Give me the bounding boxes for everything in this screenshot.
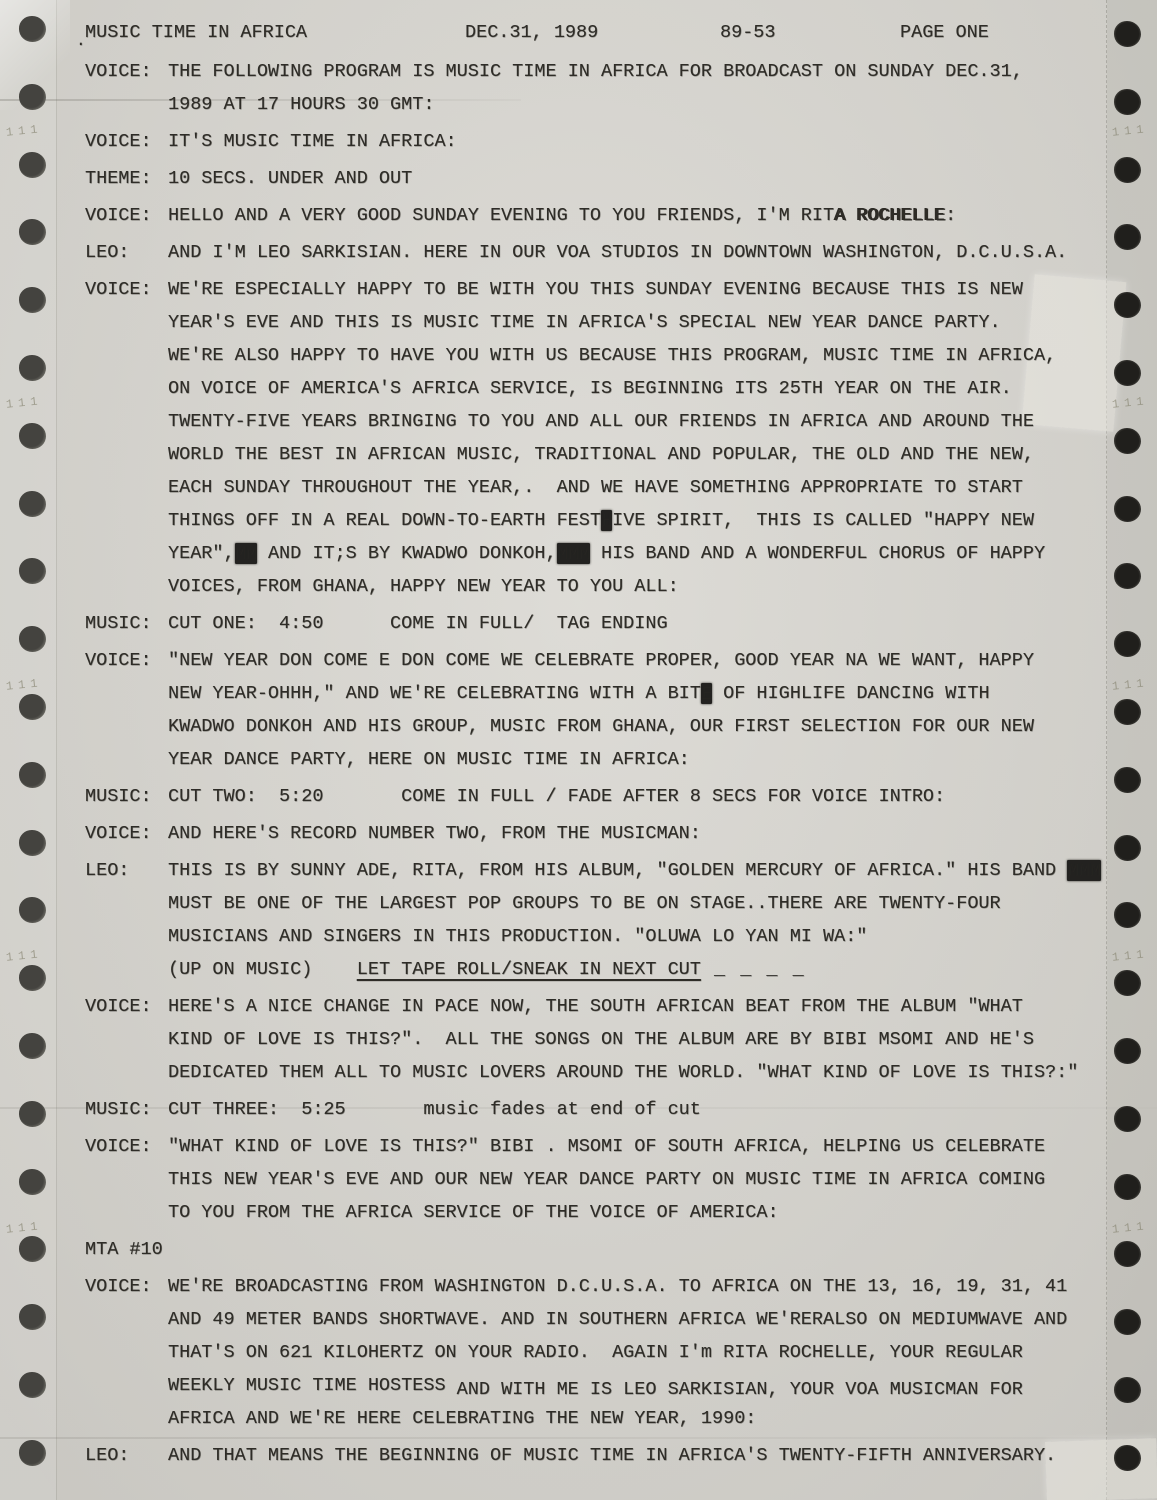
punch-hole <box>1114 1038 1141 1064</box>
punch-hole <box>19 152 46 178</box>
script-line: AND THAT MEANS THE BEGINNING OF MUSIC TI… <box>168 1439 1157 1472</box>
script-line: VOICES, FROM GHANA, HAPPY NEW YEAR TO YO… <box>168 570 1157 603</box>
script-line: WORLD THE BEST IN AFRICAN MUSIC, TRADITI… <box>168 438 1157 471</box>
speaker-label: MTA #10 <box>85 1233 168 1266</box>
script-line: MUST BE ONE OF THE LARGEST POP GROUPS TO… <box>168 887 1157 920</box>
script-entry: VOICE:THE FOLLOWING PROGRAM IS MUSIC TIM… <box>85 55 1157 121</box>
scanned-script-page: . MUSIC TIME IN AFRICA DEC.31, 1989 89-5… <box>0 0 1157 1500</box>
speaker-label: VOICE: <box>85 55 168 121</box>
punch-hole <box>19 1304 46 1330</box>
script-line: HERE'S A NICE CHANGE IN PACE NOW, THE SO… <box>168 990 1157 1023</box>
punch-hole <box>1114 970 1141 996</box>
speaker-label: LEO: <box>85 1439 168 1472</box>
speaker-label: LEO: <box>85 854 168 986</box>
speaker-label: MUSIC: <box>85 1093 168 1126</box>
script-number: 89-53 <box>720 22 776 43</box>
script-body: VOICE:THE FOLLOWING PROGRAM IS MUSIC TIM… <box>0 55 1157 1476</box>
script-line: (UP ON MUSIC) LET TAPE ROLL/SNEAK IN NEX… <box>168 953 1157 986</box>
script-line: CUT THREE: 5:25 music fades at end of cu… <box>168 1093 1157 1126</box>
punch-hole <box>19 423 46 449</box>
punch-hole <box>19 965 46 991</box>
script-line: CUT TWO: 5:20 COME IN FULL / FADE AFTER … <box>168 780 1157 813</box>
punch-hole <box>19 1033 46 1059</box>
script-line: HELLO AND A VERY GOOD SUNDAY EVENING TO … <box>168 199 1157 232</box>
script-line: "NEW YEAR DON COME E DON COME WE CELEBRA… <box>168 644 1157 677</box>
document-title: MUSIC TIME IN AFRICA <box>85 22 307 43</box>
speaker-label: VOICE: <box>85 125 168 158</box>
script-entry: VOICE:HERE'S A NICE CHANGE IN PACE NOW, … <box>85 990 1157 1089</box>
script-line: THAT'S ON 621 KILOHERTZ ON YOUR RADIO. A… <box>168 1336 1157 1369</box>
script-entry: LEO:AND I'M LEO SARKISIAN. HERE IN OUR V… <box>85 236 1157 269</box>
speaker-label: VOICE: <box>85 273 168 603</box>
punch-hole <box>1114 1445 1141 1471</box>
script-line: KWADWO DONKOH AND HIS GROUP, MUSIC FROM … <box>168 710 1157 743</box>
speaker-label: VOICE: <box>85 817 168 850</box>
speaker-label: VOICE: <box>85 644 168 776</box>
speaker-label: VOICE: <box>85 1270 168 1435</box>
punch-hole <box>1114 699 1141 725</box>
punch-hole <box>1114 631 1141 657</box>
script-line: TO YOU FROM THE AFRICA SERVICE OF THE VO… <box>168 1196 1157 1229</box>
script-entry: MUSIC:CUT TWO: 5:20 COME IN FULL / FADE … <box>85 780 1157 813</box>
script-line: THINGS OFF IN A REAL DOWN-TO-EARTH FESTH… <box>168 504 1157 537</box>
script-line <box>168 1233 1157 1266</box>
script-line: AND 49 METER BANDS SHORTWAVE. AND IN SOU… <box>168 1303 1157 1336</box>
punch-hole <box>1114 157 1141 183</box>
punch-hole <box>1114 835 1141 861</box>
script-line: NEW YEAR-OHHH," AND WE'RE CELEBRATING WI… <box>168 677 1157 710</box>
punch-hole <box>19 355 46 381</box>
punch-hole <box>1114 1377 1141 1403</box>
punch-hole <box>1114 1174 1141 1200</box>
script-entry: LEO:AND THAT MEANS THE BEGINNING OF MUSI… <box>85 1439 1157 1472</box>
script-entry: MUSIC:CUT THREE: 5:25 music fades at end… <box>85 1093 1157 1126</box>
script-entry: VOICE:WE'RE ESPECIALLY HAPPY TO BE WITH … <box>85 273 1157 603</box>
speaker-label: THEME: <box>85 162 168 195</box>
script-line: ON VOICE OF AMERICA'S AFRICA SERVICE, IS… <box>168 372 1157 405</box>
script-line: "WHAT KIND OF LOVE IS THIS?" BIBI . MSOM… <box>168 1130 1157 1163</box>
punch-hole <box>1114 767 1141 793</box>
punch-hole <box>19 762 46 788</box>
script-entry: VOICE:HELLO AND A VERY GOOD SUNDAY EVENI… <box>85 199 1157 232</box>
speaker-label: MUSIC: <box>85 780 168 813</box>
page-header: . MUSIC TIME IN AFRICA DEC.31, 1989 89-5… <box>0 22 1157 55</box>
script-entry: MUSIC:CUT ONE: 4:50 COME IN FULL/ TAG EN… <box>85 607 1157 640</box>
script-line: AND I'M LEO SARKISIAN. HERE IN OUR VOA S… <box>168 236 1157 269</box>
script-line: THIS IS BY SUNNY ADE, RITA, FROM HIS ALB… <box>168 854 1157 887</box>
script-line: WE'RE ESPECIALLY HAPPY TO BE WITH YOU TH… <box>168 273 1157 306</box>
script-entry: VOICE:IT'S MUSIC TIME IN AFRICA: <box>85 125 1157 158</box>
punch-hole <box>19 16 46 42</box>
script-line: YEAR DANCE PARTY, HERE ON MUSIC TIME IN … <box>168 743 1157 776</box>
broadcast-date: DEC.31, 1989 <box>465 22 598 43</box>
punch-hole <box>1114 21 1141 47</box>
script-line: YEAR'S EVE AND THIS IS MUSIC TIME IN AFR… <box>168 306 1157 339</box>
script-line: CUT ONE: 4:50 COME IN FULL/ TAG ENDING <box>168 607 1157 640</box>
script-line: WEEKLY MUSIC TIME HOSTESS AND WITH ME IS… <box>168 1369 1157 1402</box>
script-line: THIS NEW YEAR'S EVE AND OUR NEW YEAR DAN… <box>168 1163 1157 1196</box>
punch-hole <box>1114 292 1141 318</box>
script-line: 10 SECS. UNDER AND OUT <box>168 162 1157 195</box>
script-line: EACH SUNDAY THROUGHOUT THE YEAR,. AND WE… <box>168 471 1157 504</box>
punch-hole <box>1114 1309 1141 1335</box>
punch-hole <box>19 1372 46 1398</box>
punch-hole <box>19 1440 46 1466</box>
punch-hole <box>19 287 46 313</box>
punch-hole <box>19 626 46 652</box>
speaker-label: VOICE: <box>85 1130 168 1229</box>
punch-hole <box>19 1101 46 1127</box>
punch-hole <box>1114 1106 1141 1132</box>
speaker-label: VOICE: <box>85 990 168 1089</box>
speaker-label: VOICE: <box>85 199 168 232</box>
script-line: YEAR",MM AND IT;S BY KWADWO DONKOH,MMM H… <box>168 537 1157 570</box>
script-entry: VOICE:"NEW YEAR DON COME E DON COME WE C… <box>85 644 1157 776</box>
speaker-label: MUSIC: <box>85 607 168 640</box>
script-entry: VOICE:WE'RE BROADCASTING FROM WASHINGTON… <box>85 1270 1157 1435</box>
punch-hole <box>19 694 46 720</box>
script-line: WE'RE ALSO HAPPY TO HAVE YOU WITH US BEC… <box>168 339 1157 372</box>
script-line: WE'RE BROADCASTING FROM WASHINGTON D.C.U… <box>168 1270 1157 1303</box>
script-entry: LEO:THIS IS BY SUNNY ADE, RITA, FROM HIS… <box>85 854 1157 986</box>
script-line: KIND OF LOVE IS THIS?". ALL THE SONGS ON… <box>168 1023 1157 1056</box>
script-line: 1989 AT 17 HOURS 30 GMT: <box>168 88 1157 121</box>
punch-hole <box>1114 428 1141 454</box>
script-entry: VOICE:AND HERE'S RECORD NUMBER TWO, FROM… <box>85 817 1157 850</box>
speaker-label: LEO: <box>85 236 168 269</box>
punch-hole <box>1114 89 1141 115</box>
punch-hole <box>19 830 46 856</box>
punch-hole <box>1114 496 1141 522</box>
page-number-label: PAGE ONE <box>900 22 989 43</box>
script-entry: VOICE:"WHAT KIND OF LOVE IS THIS?" BIBI … <box>85 1130 1157 1229</box>
script-line: IT'S MUSIC TIME IN AFRICA: <box>168 125 1157 158</box>
punch-hole <box>19 491 46 517</box>
script-entry: THEME:10 SECS. UNDER AND OUT <box>85 162 1157 195</box>
punch-hole <box>1114 360 1141 386</box>
script-line: AFRICA AND WE'RE HERE CELEBRATING THE NE… <box>168 1402 1157 1435</box>
script-entry: MTA #10 <box>85 1233 1157 1266</box>
script-line: TWENTY-FIVE YEARS BRINGING TO YOU AND AL… <box>168 405 1157 438</box>
script-line: AND HERE'S RECORD NUMBER TWO, FROM THE M… <box>168 817 1157 850</box>
script-line: DEDICATED THEM ALL TO MUSIC LOVERS AROUN… <box>168 1056 1157 1089</box>
script-line: THE FOLLOWING PROGRAM IS MUSIC TIME IN A… <box>168 55 1157 88</box>
script-line: MUSICIANS AND SINGERS IN THIS PRODUCTION… <box>168 920 1157 953</box>
punch-hole <box>19 1169 46 1195</box>
punch-hole <box>19 84 46 110</box>
